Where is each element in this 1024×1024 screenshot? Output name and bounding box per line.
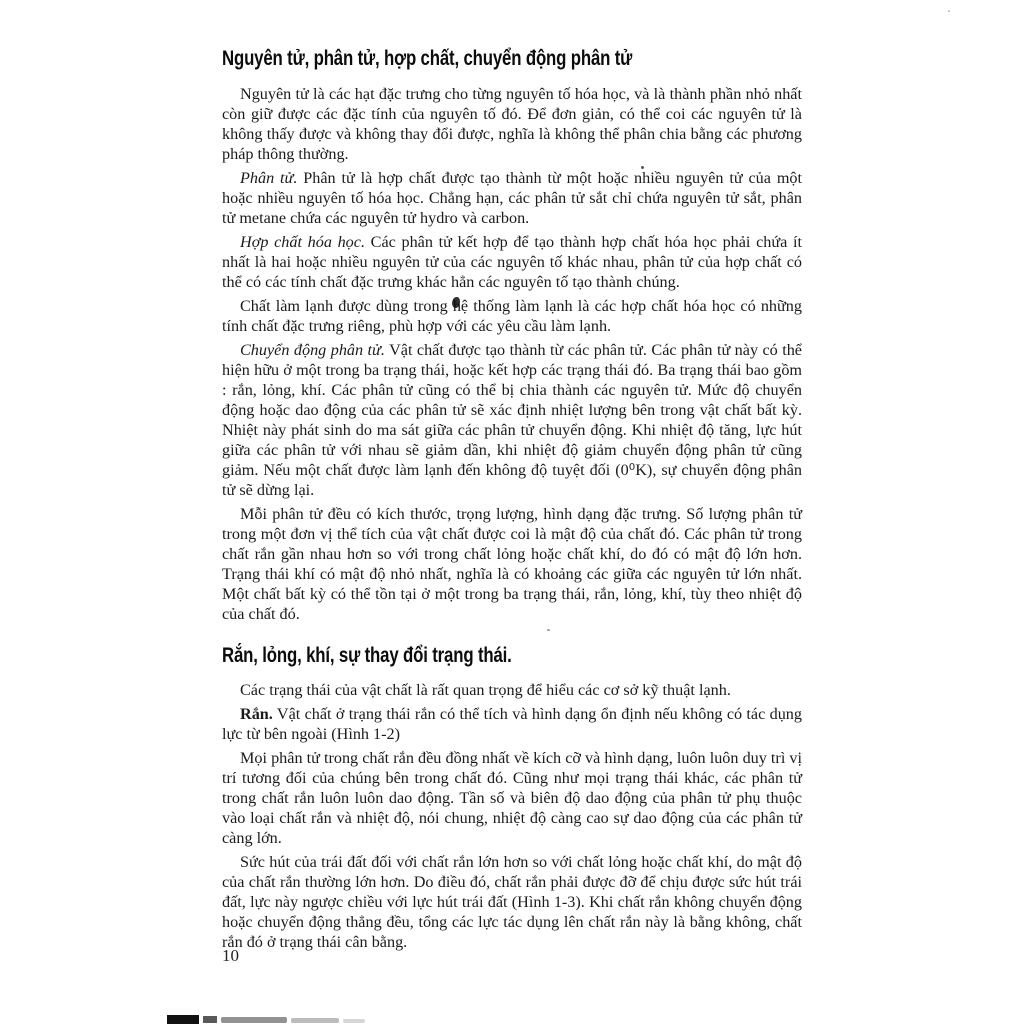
paragraph-text: Các trạng thái của vật chất là rất quan …: [240, 681, 731, 699]
bottom-edge-smudge-artifact: [167, 1015, 367, 1024]
paragraph-text: Phân tử là hợp chất được tạo thành từ mộ…: [222, 169, 802, 227]
paragraph-lead: Hợp chất hóa học.: [240, 233, 365, 251]
paragraph: Hợp chất hóa học. Các phân tử kết hợp để…: [222, 232, 802, 292]
paragraph: Sức hút của trái đất đối với chất rắn lớ…: [222, 852, 802, 952]
page-text-block: Nguyên tử, phân tử, hợp chất, chuyển độn…: [222, 44, 802, 956]
scan-speck: [641, 166, 644, 169]
paragraph-text: Nguyên tử là các hạt đặc trưng cho từng …: [222, 85, 802, 163]
paragraph-lead: Rắn.: [240, 705, 273, 723]
paragraph: Nguyên tử là các hạt đặc trưng cho từng …: [222, 84, 802, 164]
paragraph: Chất làm lạnh được dùng trong hệ thống l…: [222, 296, 802, 336]
paragraph-text: Chất làm lạnh được dùng trong hệ thống l…: [222, 297, 802, 335]
scan-speck: [948, 10, 950, 12]
paragraph-text: Vật chất ở trạng thái rắn có thể tích và…: [222, 705, 802, 743]
section-heading-atoms-molecules: Nguyên tử, phân tử, hợp chất, chuyển độn…: [222, 44, 686, 74]
paragraph: Rắn. Vật chất ở trạng thái rắn có thể tí…: [222, 704, 802, 744]
paragraph-text: Mỗi phân tử đều có kích thước, trọng lượ…: [222, 505, 802, 623]
paragraph: Mỗi phân tử đều có kích thước, trọng lượ…: [222, 504, 802, 624]
paragraph: Mọi phân tử trong chất rắn đều đồng nhất…: [222, 748, 802, 848]
page-number: 10: [222, 946, 239, 966]
paragraph-text: Mọi phân tử trong chất rắn đều đồng nhất…: [222, 749, 802, 847]
section-heading-solid-liquid-gas: Rắn, lỏng, khí, sự thay đổi trạng thái.: [222, 641, 686, 671]
paragraph-lead: Chuyển động phân tử.: [240, 341, 385, 359]
paragraph: Các trạng thái của vật chất là rất quan …: [222, 680, 802, 700]
scan-speck: [547, 629, 550, 631]
paragraph-text: Sức hút của trái đất đối với chất rắn lớ…: [222, 853, 802, 951]
paragraph-lead: Phân tử.: [240, 169, 297, 187]
paragraph-text: Vật chất được tạo thành từ các phân tử. …: [222, 341, 802, 499]
scanned-book-page: Nguyên tử, phân tử, hợp chất, chuyển độn…: [0, 0, 1024, 1024]
paragraph: Chuyển động phân tử. Vật chất được tạo t…: [222, 340, 802, 500]
paragraph: Phân tử. Phân tử là hợp chất được tạo th…: [222, 168, 802, 228]
